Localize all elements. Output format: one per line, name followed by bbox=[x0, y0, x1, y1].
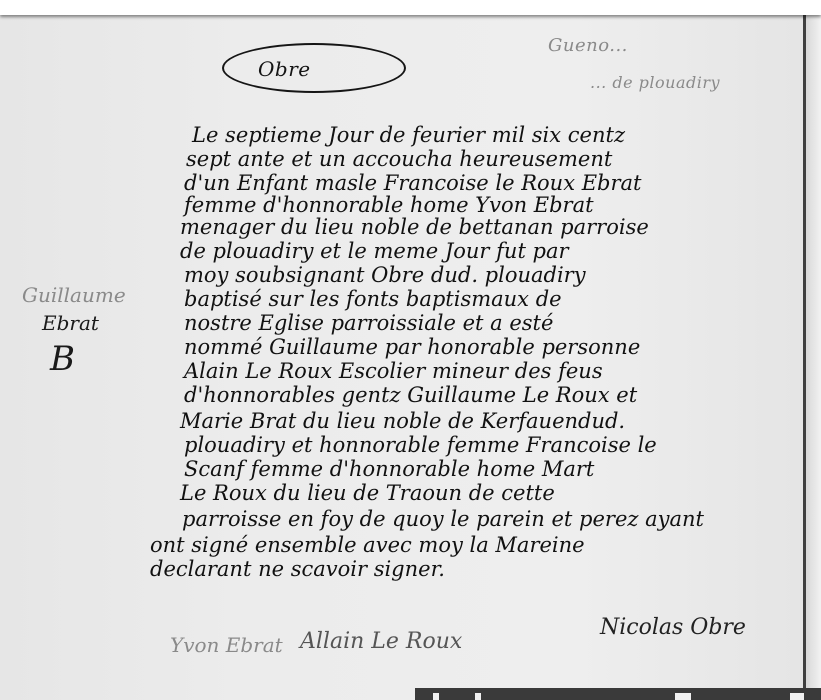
record-line: parroisse en foy de quoy le parein et pe… bbox=[182, 507, 704, 531]
record-line: plouadiry et honnorable femme Francoise … bbox=[184, 433, 657, 457]
binding-line bbox=[803, 15, 806, 700]
record-line: declarant ne scavoir signer. bbox=[150, 557, 445, 581]
record-line: Scanf femme d'honnorable home Mart bbox=[184, 457, 594, 481]
signature: Yvon Ebrat bbox=[170, 633, 283, 657]
record-line: menager du lieu noble de bettanan parroi… bbox=[180, 215, 649, 239]
signature: Nicolas Obre bbox=[600, 615, 746, 640]
toolbar-icon[interactable] bbox=[675, 693, 691, 700]
heading-signature: Obre bbox=[258, 57, 311, 81]
record-line: femme d'honnorable home Yvon Ebrat bbox=[184, 193, 594, 217]
signatures-row: Yvon Ebrat Allain Le Roux Nicolas Obre bbox=[170, 615, 790, 685]
record-line: baptisé sur les fonts baptismaux de bbox=[184, 287, 562, 311]
toolbar-icon[interactable] bbox=[433, 693, 439, 700]
viewer-toolbar[interactable] bbox=[415, 688, 821, 700]
record-line: d'un Enfant masle Francoise le Roux Ebra… bbox=[184, 171, 642, 195]
top-right-annotation: ... de plouadiry bbox=[590, 73, 720, 92]
record-line: moy soubsignant Obre dud. plouadiry bbox=[184, 263, 586, 287]
record-line: nommé Guillaume par honorable personne bbox=[184, 335, 640, 359]
record-line: nostre Eglise parroissiale et a esté bbox=[184, 311, 553, 335]
record-line: Le Roux du lieu de Traoun de cette bbox=[180, 481, 555, 505]
manuscript-page: Obre Gueno... ... de plouadiry Guillaume… bbox=[0, 15, 821, 700]
record-line: sept ante et un accoucha heureusement bbox=[186, 147, 612, 171]
record-line: Marie Brat du lieu noble de Kerfauendud. bbox=[180, 409, 625, 433]
top-margin-band bbox=[0, 0, 821, 15]
record-line: d'honnorables gentz Guillaume Le Roux et bbox=[184, 383, 637, 407]
record-line: de plouadiry et le meme Jour fut par bbox=[180, 239, 569, 263]
toolbar-icon[interactable] bbox=[790, 693, 804, 700]
heading-flourish bbox=[222, 43, 406, 93]
toolbar-icon[interactable] bbox=[475, 693, 481, 700]
margin-name-last: Ebrat bbox=[42, 311, 99, 335]
top-right-annotation: Gueno... bbox=[548, 35, 628, 56]
record-line: ont signé ensemble avec moy la Mareine bbox=[150, 533, 585, 557]
margin-name-first: Guillaume bbox=[22, 283, 126, 307]
page-edge bbox=[806, 15, 821, 700]
record-line: Le septieme Jour de feurier mil six cent… bbox=[192, 123, 625, 147]
record-line: Alain Le Roux Escolier mineur des feus bbox=[184, 359, 603, 383]
signature: Allain Le Roux bbox=[300, 629, 462, 654]
margin-baptism-mark: B bbox=[50, 339, 75, 379]
